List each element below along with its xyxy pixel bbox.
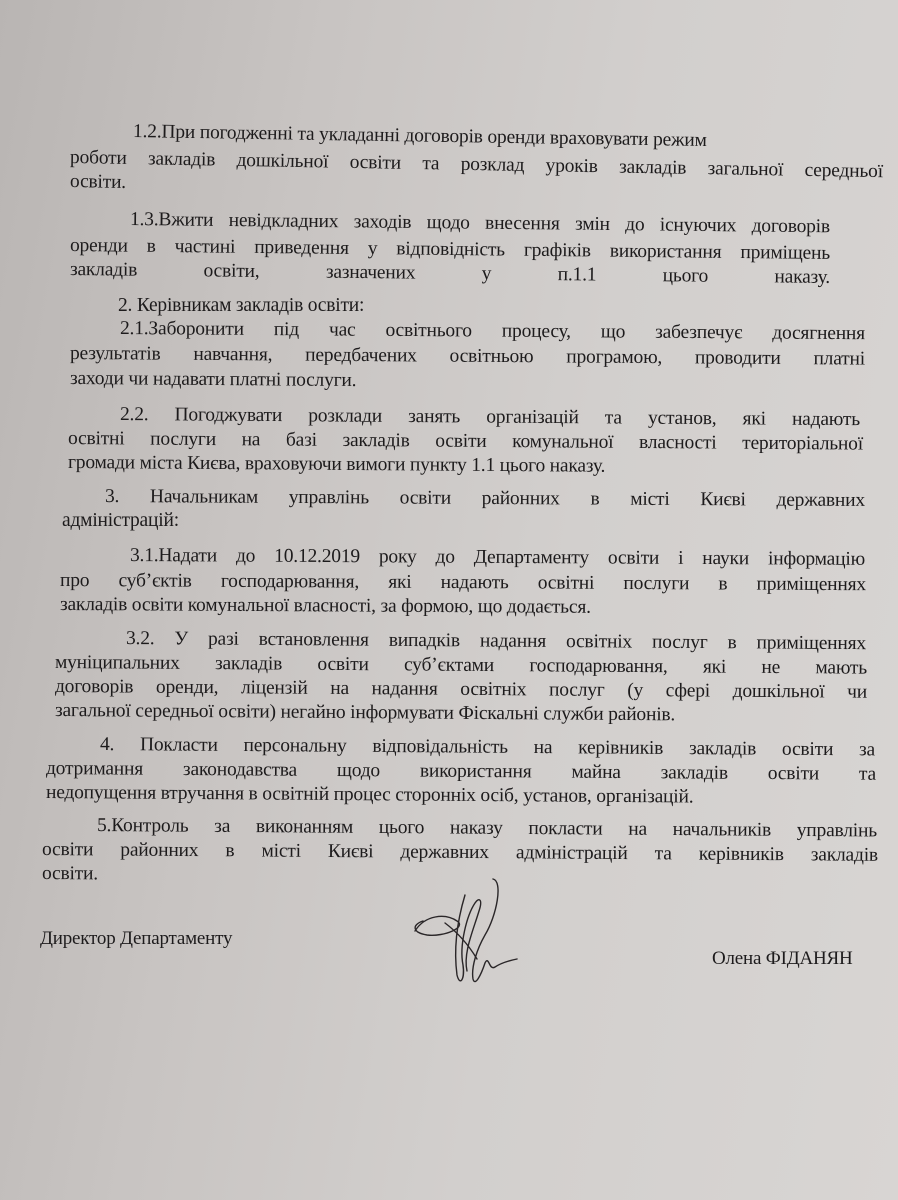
para-3-line-2: адміністрацій: bbox=[62, 509, 179, 533]
para-1-3-line-1: 1.3.Вжити невідкладних заходів щодо внес… bbox=[130, 208, 830, 239]
para-2-1-line-3: заходи чи надавати платні послуги. bbox=[70, 367, 357, 393]
signatory-name: Олена ФІДАНЯН bbox=[712, 947, 853, 971]
para-5-line-2: освіти районних в місті Києві державних … bbox=[42, 838, 878, 868]
para-3-1-line-1: 3.1.Надати до 10.12.2019 року до Департа… bbox=[130, 544, 865, 572]
para-3-1-line-3: закладів освіти комунальної власності, з… bbox=[60, 593, 591, 620]
signatory-position: Директор Департаменту bbox=[40, 927, 232, 951]
para-5-line-3: освіти. bbox=[42, 862, 98, 886]
para-3-2-line-4: загальної середньої освіти) негайно інфо… bbox=[55, 699, 675, 727]
para-3-line-1: 3. Начальникам управлінь освіти районних… bbox=[105, 485, 865, 513]
para-4-line-3: недопущення втручання в освітній процес … bbox=[46, 781, 694, 810]
para-2-2-line-3: громади міста Києва, враховуючи вимоги п… bbox=[68, 451, 605, 479]
para-2-1-line-1: 2.1.Заборонити під час освітнього процес… bbox=[120, 317, 865, 346]
handwritten-signature-icon bbox=[405, 875, 555, 1005]
document-page: 1.2.При погодженні та укладанні договорі… bbox=[0, 0, 898, 1200]
para-2-line-1: 2. Керівникам закладів освіти: bbox=[118, 294, 364, 318]
para-1-2-line-3: освіти. bbox=[70, 170, 126, 195]
